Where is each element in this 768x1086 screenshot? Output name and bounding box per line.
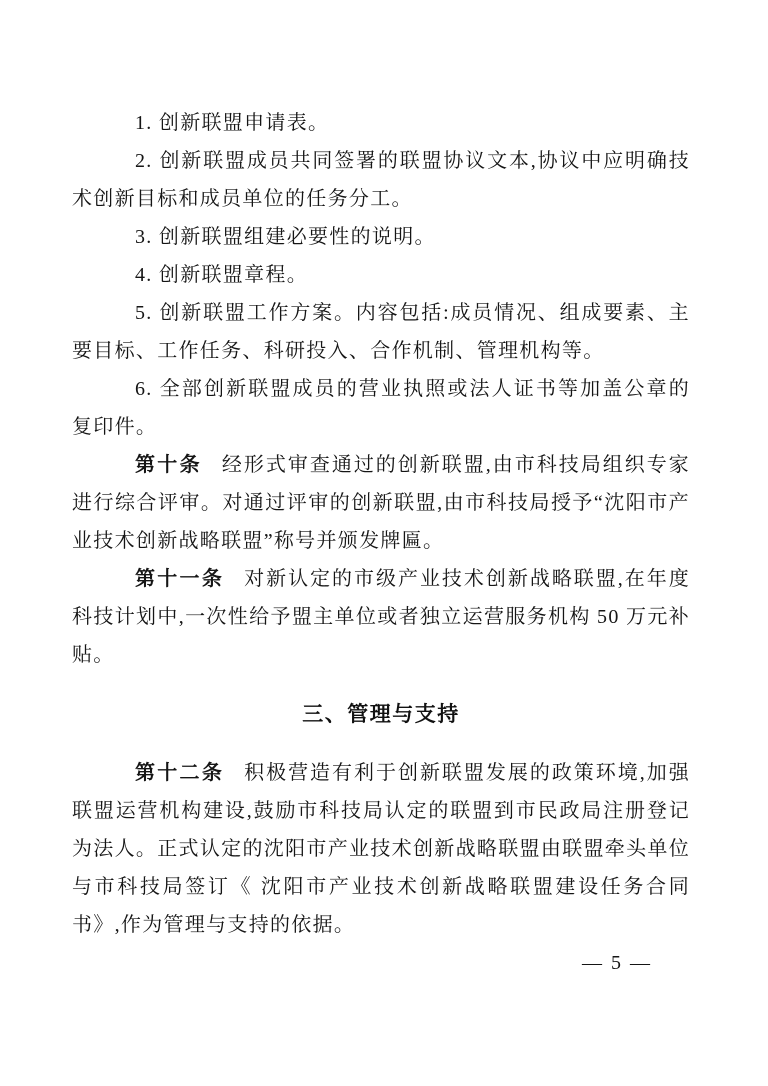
- list-item-6: 6. 全部创新联盟成员的营业执照或法人证书等加盖公章的复印件。: [72, 370, 690, 446]
- list-item-3: 3. 创新联盟组建必要性的说明。: [72, 218, 690, 256]
- document-page: 1. 创新联盟申请表。 2. 创新联盟成员共同签署的联盟协议文本,协议中应明确技…: [0, 0, 768, 1086]
- article-12-text: 积极营造有利于创新联盟发展的政策环境,加强联盟运营机构建设,鼓励市科技局认定的联…: [72, 762, 690, 936]
- document-body: 1. 创新联盟申请表。 2. 创新联盟成员共同签署的联盟协议文本,协议中应明确技…: [72, 104, 690, 944]
- article-10-paragraph: 第十条经形式审查通过的创新联盟,由市科技局组织专家进行综合评审。对通过评审的创新…: [72, 446, 690, 560]
- list-item-5: 5. 创新联盟工作方案。内容包括:成员情况、组成要素、主要目标、工作任务、科研投…: [72, 294, 690, 370]
- article-12-number: 第十二条: [135, 762, 224, 784]
- article-12-paragraph: 第十二条积极营造有利于创新联盟发展的政策环境,加强联盟运营机构建设,鼓励市科技局…: [72, 754, 690, 944]
- article-10-number: 第十条: [135, 454, 202, 476]
- article-11-number: 第十一条: [135, 568, 224, 590]
- list-item-1: 1. 创新联盟申请表。: [72, 104, 690, 142]
- list-item-4: 4. 创新联盟章程。: [72, 256, 690, 294]
- page-number: — 5 —: [582, 944, 652, 982]
- section-heading: 三、管理与支持: [72, 696, 690, 734]
- article-11-paragraph: 第十一条对新认定的市级产业技术创新战略联盟,在年度科技计划中,一次性给予盟主单位…: [72, 560, 690, 674]
- list-item-2: 2. 创新联盟成员共同签署的联盟协议文本,协议中应明确技术创新目标和成员单位的任…: [72, 142, 690, 218]
